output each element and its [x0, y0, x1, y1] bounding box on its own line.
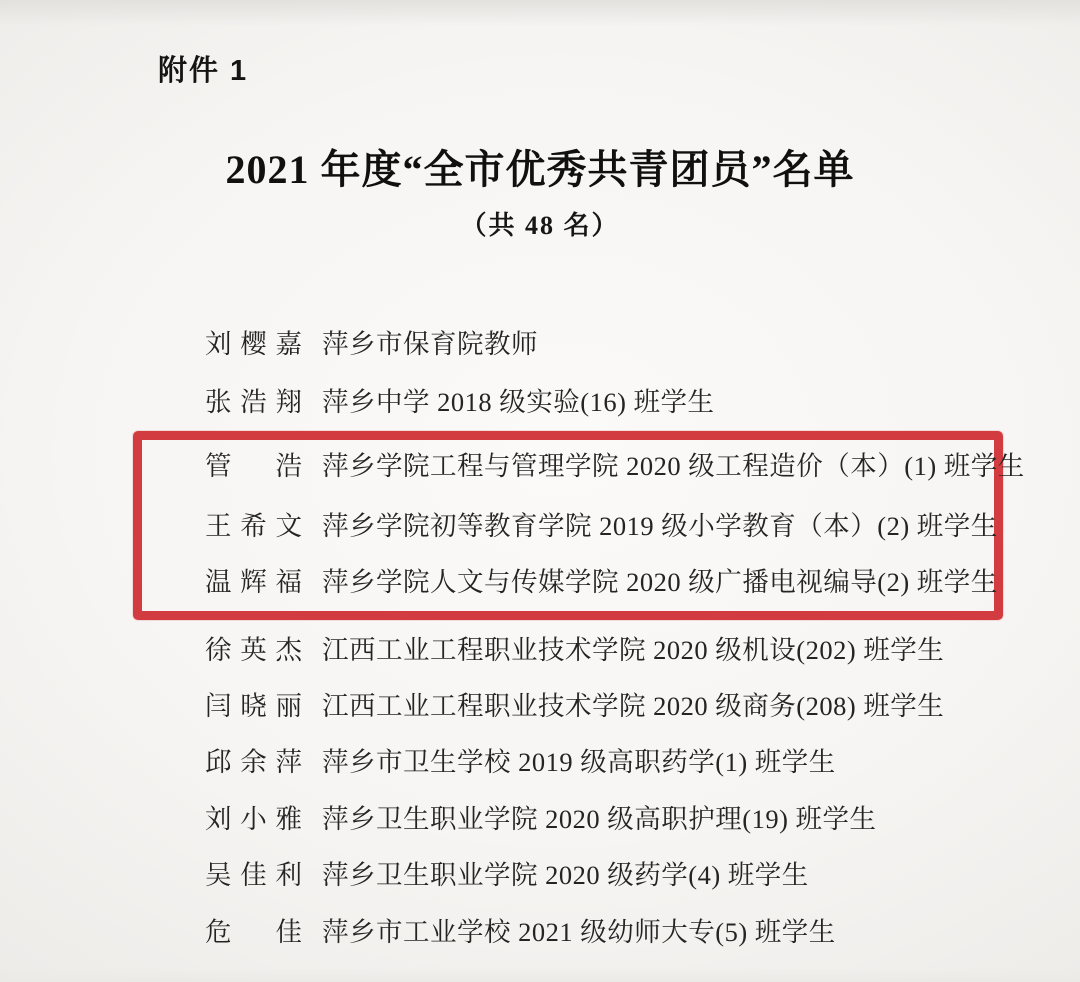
- member-name: 刘樱嘉: [205, 327, 302, 361]
- roster-row: 闫晓丽江西工业工程职业技术学院 2020 级商务(208) 班学生: [205, 689, 944, 723]
- roster-row: 危 佳萍乡市工业学校 2021 级幼师大专(5) 班学生: [205, 915, 836, 949]
- roster-row: 刘樱嘉萍乡市保育院教师: [205, 327, 538, 361]
- member-name: 徐英杰: [205, 633, 302, 667]
- roster-row: 张浩翔萍乡中学 2018 级实验(16) 班学生: [205, 385, 715, 419]
- member-name: 危 佳: [205, 915, 302, 949]
- member-description: 萍乡中学 2018 级实验(16) 班学生: [322, 385, 715, 419]
- roster-row: 徐英杰江西工业工程职业技术学院 2020 级机设(202) 班学生: [205, 633, 944, 667]
- member-description: 萍乡学院工程与管理学院 2020 级工程造价（本）(1) 班学生: [322, 449, 1025, 483]
- member-name: 张浩翔: [205, 385, 302, 419]
- member-description: 江西工业工程职业技术学院 2020 级机设(202) 班学生: [322, 633, 944, 667]
- roster-row: 邱余萍萍乡市卫生学校 2019 级高职药学(1) 班学生: [205, 745, 836, 779]
- member-description: 萍乡卫生职业学院 2020 级药学(4) 班学生: [322, 858, 809, 892]
- roster-row: 管 浩萍乡学院工程与管理学院 2020 级工程造价（本）(1) 班学生: [205, 449, 1025, 483]
- member-name: 吴佳利: [205, 858, 302, 892]
- document-page: 附件 1 2021 年度“全市优秀共青团员”名单 （共 48 名） 刘樱嘉萍乡市…: [0, 0, 1080, 982]
- member-name: 王希文: [205, 509, 302, 543]
- member-name: 闫晓丽: [205, 689, 302, 723]
- member-description: 萍乡市保育院教师: [322, 327, 538, 361]
- member-description: 萍乡学院人文与传媒学院 2020 级广播电视编导(2) 班学生: [322, 565, 998, 599]
- roster-row: 刘小雅萍乡卫生职业学院 2020 级高职护理(19) 班学生: [205, 802, 877, 836]
- roster-row: 温辉福萍乡学院人文与传媒学院 2020 级广播电视编导(2) 班学生: [205, 565, 998, 599]
- roster-row: 王希文萍乡学院初等教育学院 2019 级小学教育（本）(2) 班学生: [205, 509, 998, 543]
- member-description: 萍乡市工业学校 2021 级幼师大专(5) 班学生: [322, 915, 836, 949]
- member-name: 刘小雅: [205, 802, 302, 836]
- member-name: 邱余萍: [205, 745, 302, 779]
- roster: 刘樱嘉萍乡市保育院教师张浩翔萍乡中学 2018 级实验(16) 班学生管 浩萍乡…: [0, 0, 1080, 982]
- member-description: 萍乡学院初等教育学院 2019 级小学教育（本）(2) 班学生: [322, 509, 998, 543]
- member-description: 江西工业工程职业技术学院 2020 级商务(208) 班学生: [322, 689, 944, 723]
- member-description: 萍乡卫生职业学院 2020 级高职护理(19) 班学生: [322, 802, 877, 836]
- roster-row: 吴佳利萍乡卫生职业学院 2020 级药学(4) 班学生: [205, 858, 809, 892]
- member-name: 管 浩: [205, 449, 302, 483]
- member-description: 萍乡市卫生学校 2019 级高职药学(1) 班学生: [322, 745, 836, 779]
- member-name: 温辉福: [205, 565, 302, 599]
